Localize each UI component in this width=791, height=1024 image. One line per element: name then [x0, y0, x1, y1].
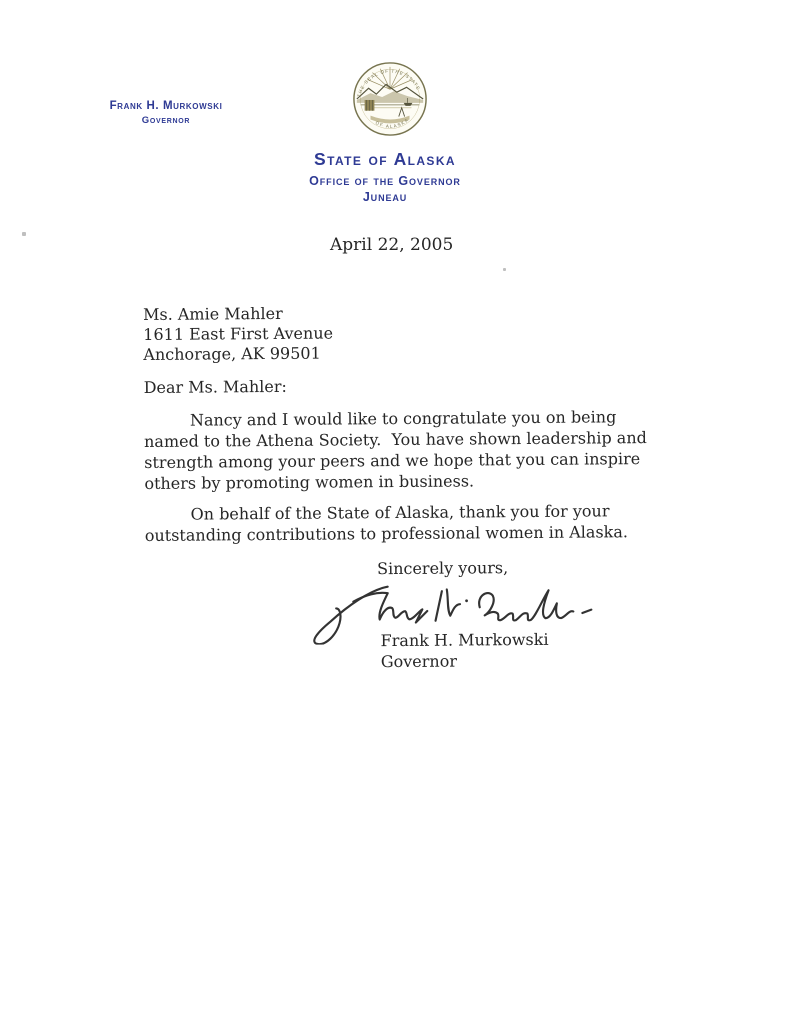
closing: Sincerely yours,	[377, 556, 645, 579]
letterhead-official-title: Governor	[86, 115, 246, 126]
letter-date: April 22, 2005	[330, 235, 453, 255]
letterhead-office: Office of the Governor	[245, 174, 525, 188]
scan-speck	[22, 232, 26, 236]
paragraph-2: On behalf of the State of Alaska, thank …	[145, 500, 645, 546]
alaska-state-seal-icon: THE SEAL OF THE STATE OF ALASKA	[351, 60, 429, 138]
salutation: Dear Ms. Mahler:	[144, 374, 644, 398]
letterhead-city: Juneau	[245, 190, 525, 204]
letterhead-official-name: Frank H. Murkowski	[86, 100, 246, 112]
scan-speck	[503, 268, 506, 271]
paragraph-line: others by promoting women in business.	[144, 469, 644, 494]
letterhead-official-block: Frank H. Murkowski Governor	[86, 100, 246, 126]
paragraph-line: strength among your peers and we hope th…	[144, 448, 644, 473]
recipient-address-block: Ms. Amie Mahler 1611 East First Avenue A…	[143, 301, 643, 365]
signer-title: Governor	[381, 649, 646, 672]
paragraph-line: outstanding contributions to professiona…	[145, 521, 645, 546]
signer-name: Frank H. Murkowski	[381, 628, 646, 651]
letter-page: Frank H. Murkowski Governor	[0, 0, 791, 1024]
letter-body: Ms. Amie Mahler 1611 East First Avenue A…	[143, 301, 646, 674]
paragraph-1: Nancy and I would like to congratulate y…	[144, 406, 645, 494]
letterhead-state: State of Alaska	[245, 149, 525, 170]
signature-block: Frank H. Murkowski Governor	[381, 628, 646, 672]
recipient-city: Anchorage, AK 99501	[143, 341, 643, 365]
letterhead-office-block: State of Alaska Office of the Governor J…	[245, 149, 525, 204]
